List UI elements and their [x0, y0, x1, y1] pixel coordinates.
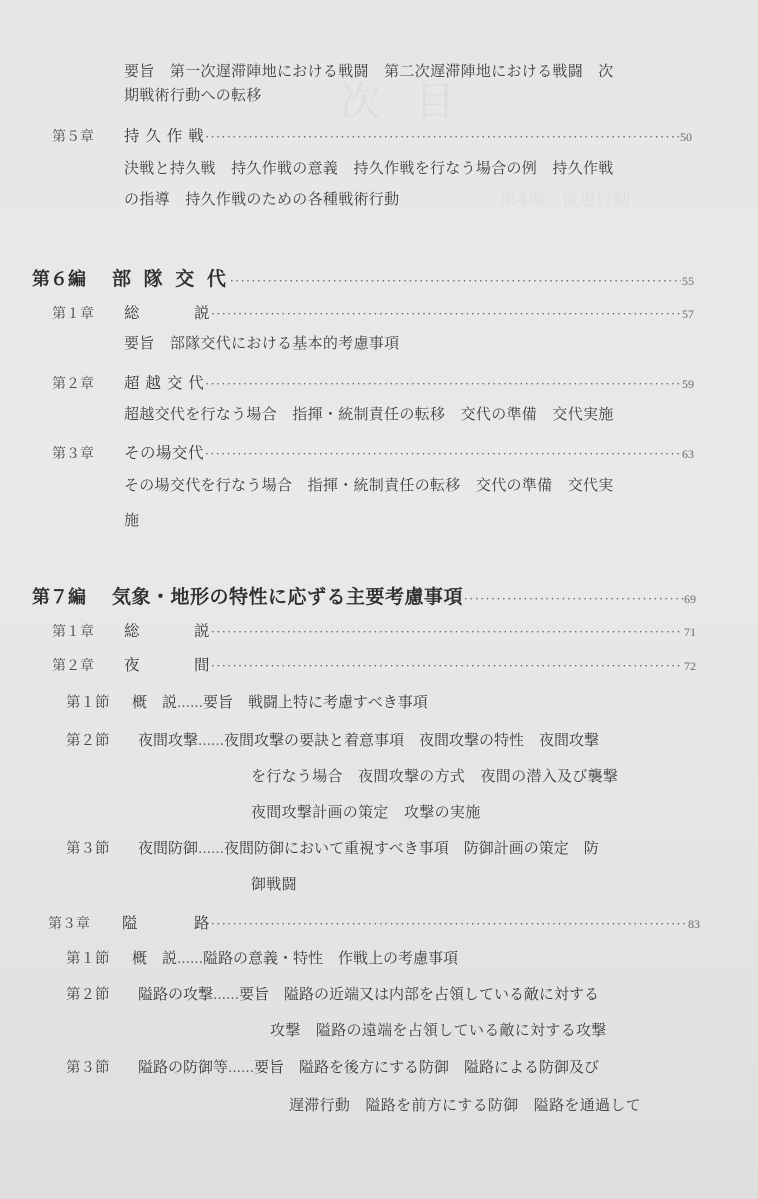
- chapter-title: 総: [124, 301, 194, 323]
- page-number: 83: [688, 917, 700, 932]
- page-number: 59: [682, 377, 694, 392]
- chapter-label: 第２章: [52, 655, 124, 675]
- toc-entry-part-7[interactable]: 第７編 気象・地形の特性に応ずる主要考慮事項 69: [32, 582, 696, 609]
- toc-entry-part7-chapter-3[interactable]: 第３章 隘 路 83: [48, 911, 700, 933]
- chapter-title: 間: [194, 653, 210, 675]
- continuation-line: 期戦術行動への転移: [124, 84, 262, 105]
- section-label: 第２節: [66, 983, 138, 1004]
- chapter-title: 持 久 作 戦: [124, 124, 204, 146]
- section-description: 攻撃 隘路の遠端を占領している敵に対する攻撃: [270, 1019, 607, 1040]
- dot-leader: [211, 625, 683, 639]
- section-description: 遅滞行動 隘路を前方にする防御 隘路を通過して: [289, 1094, 641, 1115]
- page-number: 50: [680, 130, 692, 145]
- toc-entry-section[interactable]: 第３節 夜間防御 …… 夜間防御において重視すべき事項 防御計画の策定 防: [66, 837, 599, 858]
- chapter-title: 説: [194, 619, 210, 641]
- toc-entry-part6-chapter-2[interactable]: 第２章 超 越 交 代 59: [52, 371, 694, 393]
- section-description: 要旨 隘路を後方にする防御 隘路による防御及び: [254, 1056, 599, 1077]
- ellipsis: ……: [177, 696, 203, 711]
- chapter-description: その場交代を行なう場合 指揮・統制責任の転移 交代の準備 交代実: [124, 474, 614, 495]
- chapter-title: 路: [194, 911, 210, 933]
- section-label: 第１節: [66, 947, 132, 968]
- section-description: 隘路の意義・特性 作戦上の考慮事項: [203, 947, 458, 968]
- ellipsis: ……: [198, 734, 224, 749]
- section-description: 夜間攻撃の要訣と着意事項 夜間攻撃の特性 夜間攻撃: [224, 729, 599, 750]
- chapter-title: 説: [194, 301, 210, 323]
- chapter-label: 第２章: [52, 373, 124, 393]
- part-title: 気象・地形の特性に応ずる主要考慮事項: [112, 582, 463, 609]
- toc-entry-section[interactable]: 第２節 夜間攻撃 …… 夜間攻撃の要訣と着意事項 夜間攻撃の特性 夜間攻撃: [66, 729, 599, 750]
- dot-leader: [205, 130, 679, 144]
- chapter-title: 超 越 交 代: [124, 371, 204, 393]
- toc-entry-chapter-5[interactable]: 第５章 持 久 作 戦 50: [52, 124, 692, 146]
- section-description: を行なう場合 夜間攻撃の方式 夜間の潜入及び襲撃: [251, 765, 618, 786]
- chapter-title: その場交代: [124, 441, 204, 463]
- page-number: 72: [684, 659, 696, 674]
- section-title: 隘路の防御等: [138, 1056, 228, 1077]
- dot-leader: [211, 659, 683, 673]
- chapter-description: の指導 持久作戦のための各種戦術行動: [124, 188, 399, 209]
- dot-leader: [211, 307, 681, 321]
- chapter-description: 要旨 部隊交代における基本的考慮事項: [124, 332, 399, 353]
- chapter-label: 第１章: [52, 303, 124, 323]
- dot-leader: [211, 917, 687, 931]
- toc-entry-section[interactable]: 第３節 隘路の防御等 …… 要旨 隘路を後方にする防御 隘路による防御及び: [66, 1056, 599, 1077]
- dot-leader: [205, 447, 681, 461]
- section-label: 第３節: [66, 837, 138, 858]
- chapter-description: 超越交代を行なう場合 指揮・統制責任の転移 交代の準備 交代実施: [124, 403, 614, 424]
- page-number: 71: [684, 625, 696, 640]
- toc-entry-part7-chapter-2[interactable]: 第２章 夜 間 72: [52, 653, 696, 675]
- chapter-label: 第３章: [48, 913, 122, 933]
- ellipsis: ……: [228, 1061, 254, 1076]
- dot-leader: [230, 274, 681, 288]
- toc-page: 目 次 第4編 後退行動 要旨 第一次遅滞陣地における戦闘 第二次遅滞陣地におけ…: [0, 0, 758, 1199]
- part-label: 第７編: [32, 583, 112, 609]
- chapter-label: 第１章: [52, 621, 124, 641]
- page-number: 69: [684, 592, 696, 607]
- toc-entry-part6-chapter-3[interactable]: 第３章 その場交代 63: [52, 441, 694, 463]
- continuation-line: 要旨 第一次遅滞陣地における戦闘 第二次遅滞陣地における戦闘 次: [124, 60, 614, 81]
- section-label: 第２節: [66, 729, 138, 750]
- dot-leader: [464, 592, 683, 606]
- chapter-description: 施: [124, 509, 139, 530]
- section-title: 概 説: [132, 691, 177, 712]
- section-title: 夜間防御: [138, 837, 198, 858]
- toc-entry-part7-chapter-1[interactable]: 第１章 総 説 71: [52, 619, 696, 641]
- page-number: 63: [682, 447, 694, 462]
- chapter-description: 決戦と持久戦 持久作戦の意義 持久作戦を行なう場合の例 持久作戦: [124, 157, 614, 178]
- chapter-title: 隘: [122, 911, 194, 933]
- chapter-title: 総: [124, 619, 194, 641]
- toc-entry-part6-chapter-1[interactable]: 第１章 総 説 57: [52, 301, 694, 323]
- section-description: 御戦闘: [251, 873, 297, 894]
- toc-entry-part-6[interactable]: 第６編 部 隊 交 代 55: [32, 264, 694, 291]
- section-description: 要旨 戦闘上特に考慮すべき事項: [203, 691, 428, 712]
- section-label: 第３節: [66, 1056, 138, 1077]
- page-number: 55: [682, 274, 694, 289]
- toc-entry-section[interactable]: 第１節 概 説 …… 隘路の意義・特性 作戦上の考慮事項: [66, 947, 458, 968]
- section-description: 要旨 隘路の近端又は内部を占領している敵に対する: [239, 983, 599, 1004]
- chapter-label: 第３章: [52, 443, 124, 463]
- ellipsis: ……: [213, 988, 239, 1003]
- section-description: 夜間防御において重視すべき事項 防御計画の策定 防: [224, 837, 599, 858]
- section-title: 隘路の攻撃: [138, 983, 213, 1004]
- section-title: 夜間攻撃: [138, 729, 198, 750]
- section-description: 夜間攻撃計画の策定 攻撃の実施: [251, 801, 481, 822]
- chapter-label: 第５章: [52, 126, 124, 146]
- toc-entry-section[interactable]: 第２節 隘路の攻撃 …… 要旨 隘路の近端又は内部を占領している敵に対する: [66, 983, 599, 1004]
- page-number: 57: [682, 307, 694, 322]
- toc-entry-section[interactable]: 第１節 概 説 …… 要旨 戦闘上特に考慮すべき事項: [66, 691, 428, 712]
- section-label: 第１節: [66, 691, 132, 712]
- ellipsis: ……: [177, 952, 203, 967]
- part-label: 第６編: [32, 265, 112, 291]
- part-title: 部 隊 交 代: [112, 264, 229, 291]
- ellipsis: ……: [198, 842, 224, 857]
- section-title: 概 説: [132, 947, 177, 968]
- chapter-title: 夜: [124, 653, 194, 675]
- dot-leader: [205, 377, 681, 391]
- show-through-ghost: 第4編 後退行動: [500, 185, 630, 210]
